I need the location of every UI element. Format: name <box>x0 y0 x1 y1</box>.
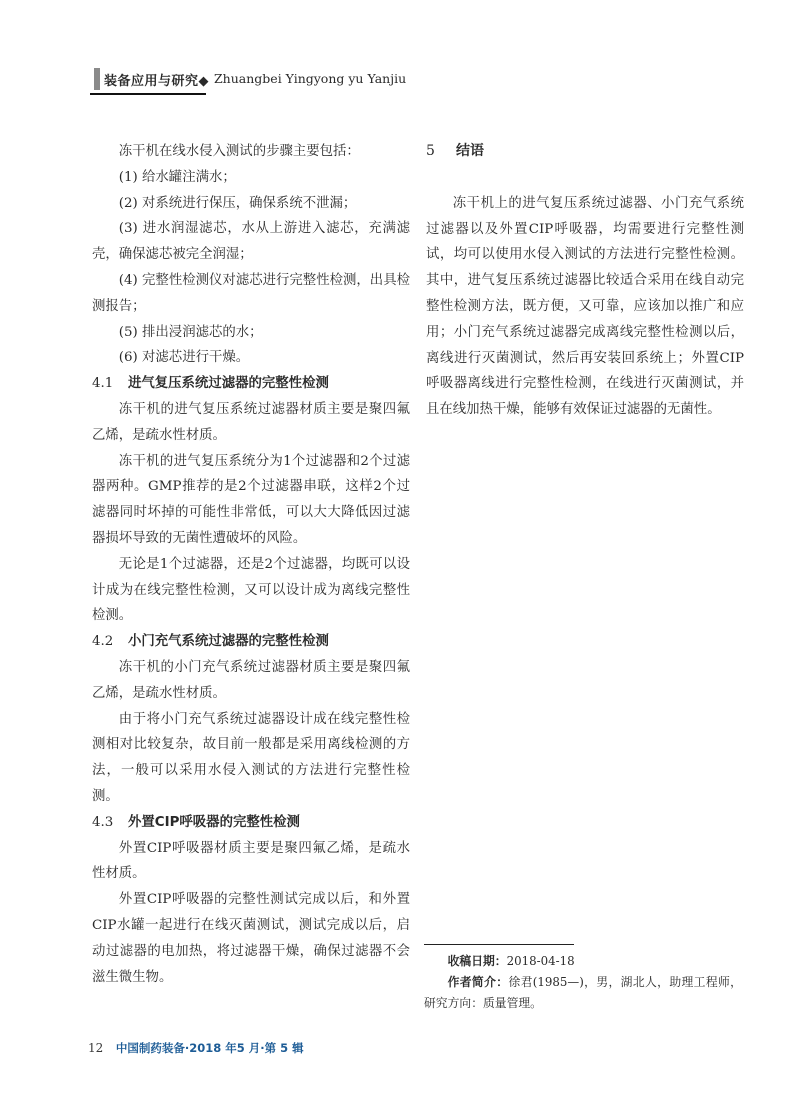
section-heading-4-1: 4.1进气复压系统过滤器的完整性检测 <box>92 371 410 397</box>
steps-intro: 冻干机在线水侵入测试的步骤主要包括： <box>92 139 410 165</box>
received-date: 收稿日期：2018-04-18 <box>424 951 742 972</box>
paragraph: 无论是1个过滤器，还是2个过滤器，均既可以设计成为在线完整性检测，又可以设计成为… <box>92 552 410 629</box>
header-accent-bar <box>94 68 100 90</box>
right-column: 5结语 冻干机上的进气复压系统过滤器、小门充气系统过滤器以及外置CIP呼吸器，均… <box>426 139 744 423</box>
page-footer: 12 中国制药装备·2018 年5 月·第 5 辑 <box>88 1040 304 1056</box>
footnote: 收稿日期：2018-04-18 作者简介：徐君(1985—)，男，湖北人，助理工… <box>424 944 742 1014</box>
section-heading-5: 5结语 <box>426 139 744 165</box>
paragraph: 冻干机的进气复压系统分为1个过滤器和2个过滤器两种。GMP推荐的是2个过滤器串联… <box>92 449 410 552</box>
step-item: (3) 进水润湿滤芯，水从上游进入滤芯，充满滤壳，确保滤芯被完全润湿； <box>92 216 410 268</box>
conclusion-paragraph: 冻干机上的进气复压系统过滤器、小门充气系统过滤器以及外置CIP呼吸器，均需要进行… <box>426 191 744 423</box>
page-number: 12 <box>88 1041 112 1055</box>
paragraph: 冻干机的进气复压系统过滤器材质主要是聚四氟乙烯，是疏水性材质。 <box>92 397 410 449</box>
paragraph: 冻干机的小门充气系统过滤器材质主要是聚四氟乙烯，是疏水性材质。 <box>92 655 410 707</box>
paragraph: 外置CIP呼吸器的完整性测试完成以后，和外置CIP水罐一起进行在线灭菌测试，测试… <box>92 887 410 990</box>
step-item: (4) 完整性检测仪对滤芯进行完整性检测，出具检测报告； <box>92 268 410 320</box>
journal-citation: 中国制药装备·2018 年5 月·第 5 辑 <box>116 1041 304 1055</box>
step-item: (2) 对系统进行保压，确保系统不泄漏； <box>92 191 410 217</box>
step-item: (1) 给水罐注满水； <box>92 165 410 191</box>
section-heading-4-3: 4.3外置CIP呼吸器的完整性检测 <box>92 810 410 836</box>
paragraph: 外置CIP呼吸器材质主要是聚四氟乙烯，是疏水性材质。 <box>92 836 410 888</box>
paragraph: 由于将小门充气系统过滤器设计成在线完整性检测相对比较复杂，故目前一般都是采用离线… <box>92 707 410 810</box>
header-column-title: 装备应用与研究◆ <box>104 70 209 89</box>
step-item: (5) 排出浸润滤芯的水； <box>92 320 410 346</box>
footnote-rule <box>424 944 574 945</box>
header-underline <box>90 93 206 95</box>
header-column-pinyin: Zhuangbei Yingyong yu Yanjiu <box>214 71 406 86</box>
left-column: 冻干机在线水侵入测试的步骤主要包括： (1) 给水罐注满水； (2) 对系统进行… <box>92 139 410 990</box>
section-heading-4-2: 4.2小门充气系统过滤器的完整性检测 <box>92 629 410 655</box>
author-bio: 作者简介：徐君(1985—)，男，湖北人，助理工程师，研究方向：质量管理。 <box>424 972 742 1014</box>
step-item: (6) 对滤芯进行干燥。 <box>92 345 410 371</box>
